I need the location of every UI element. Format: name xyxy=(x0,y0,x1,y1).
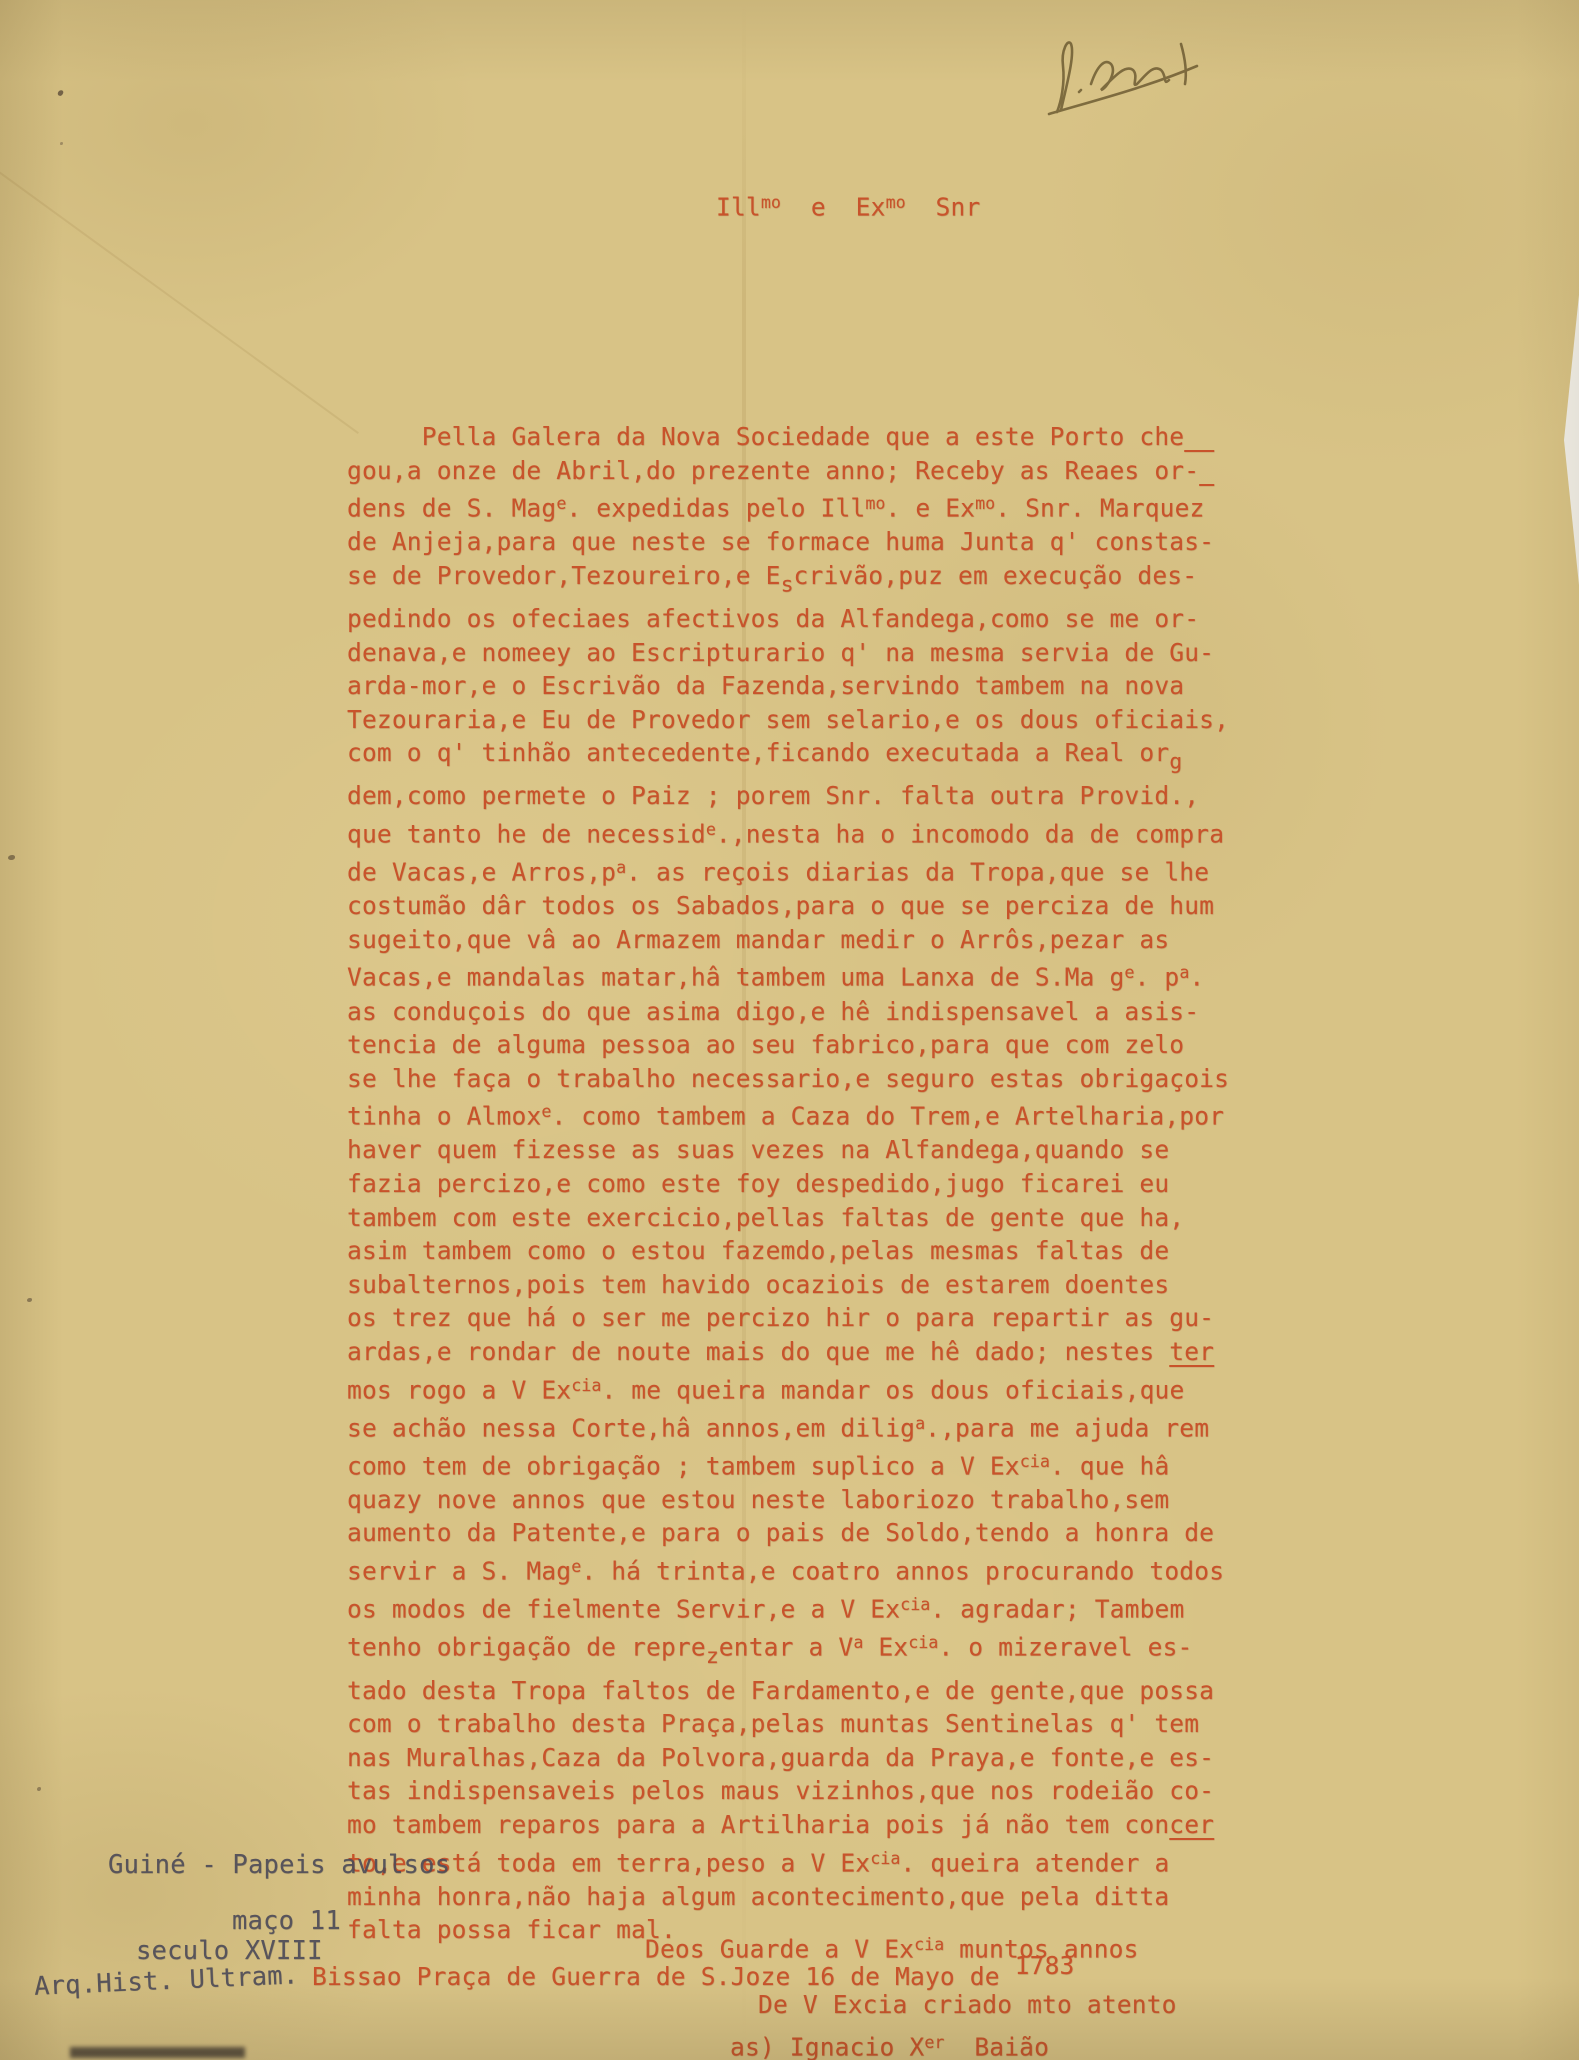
body-line: as conduçois do que asima digo,e hê indi… xyxy=(347,995,1229,1029)
body-line: pedindo os ofeciaes afectivos da Alfande… xyxy=(347,602,1229,636)
diagonal-crease xyxy=(0,150,359,434)
ink-speck xyxy=(27,1298,32,1302)
body-line: quazy nove annos que estou neste laborio… xyxy=(347,1483,1229,1517)
body-line: Tezouraria,e Eu de Provedor sem selario,… xyxy=(347,703,1229,737)
body-line: dem,como permete o Paiz ; porem Snr. fal… xyxy=(347,779,1229,813)
body-line: com o q' tinhão antecedente,ficando exec… xyxy=(347,736,1229,779)
body-line: tinha o Almoxe. como tambem a Caza do Tr… xyxy=(347,1095,1229,1133)
body-line: como tem de obrigação ; tambem suplico a… xyxy=(347,1445,1229,1483)
archive-stamp-institution: Arq.Hist. Ultram. xyxy=(33,1960,298,2002)
body-line: asim tambem como o estou fazemdo,pelas m… xyxy=(347,1234,1229,1268)
body-line: fazia percizo,e como este foy despedido,… xyxy=(347,1167,1229,1201)
scan-bottom-shadow xyxy=(70,2047,245,2058)
body-line: com o trabalho desta Praça,pelas muntas … xyxy=(347,1707,1229,1741)
body-line: costumão dâr todos os Sabados,para o que… xyxy=(347,889,1229,923)
body-line: aumento da Patente,e para o pais de Sold… xyxy=(347,1516,1229,1550)
letter-salutation: Illmo e Exmo Snr xyxy=(716,186,980,224)
closing-courtesy: De V Excia criado mto atento xyxy=(758,1988,1177,2022)
scan-edge-sliver xyxy=(1564,295,1579,585)
body-line: se de Provedor,Tezoureiro,e Escrivão,puz… xyxy=(347,559,1229,602)
ink-speck xyxy=(60,142,63,145)
body-line: subalternos,pois tem havido ocaziois de … xyxy=(347,1268,1229,1302)
body-line: mos rogo a V Excia. me queira mandar os … xyxy=(347,1369,1229,1407)
body-line: se achão nessa Corte,hâ annos,em diliga.… xyxy=(347,1407,1229,1445)
archive-stamp-collection: Guiné - Papeis avulsos xyxy=(108,1850,450,1880)
ink-speck xyxy=(8,855,15,860)
body-line: tado desta Tropa faltos de Fardamento,e … xyxy=(347,1674,1229,1708)
body-line: tenho obrigação de reprezentar a Va Exci… xyxy=(347,1626,1229,1674)
body-line: servir a S. Mage. há trinta,e coatro ann… xyxy=(347,1550,1229,1588)
body-line: gou,a onze de Abril,do prezente anno; Re… xyxy=(347,454,1229,488)
ink-speck xyxy=(57,89,64,97)
body-line: minha honra,não haja algum acontecimento… xyxy=(347,1880,1229,1914)
body-line: tambem com este exercicio,pellas faltas … xyxy=(347,1201,1229,1235)
body-line: haver quem fizesse as suas vezes na Alfa… xyxy=(347,1133,1229,1167)
body-line: os modos de fielmente Servir,e a V Excia… xyxy=(347,1588,1229,1626)
letter-scan-page: Illmo e Exmo Snr Pella Galera da Nova So… xyxy=(0,0,1579,2060)
body-line: de Vacas,e Arros,pa. as reçois diarias d… xyxy=(347,851,1229,889)
body-line: Vacas,e mandalas matar,hâ tambem uma Lan… xyxy=(347,956,1229,994)
handwritten-annotation-icon xyxy=(1005,14,1205,119)
body-line: sugeito,que vâ ao Armazem mandar medir o… xyxy=(347,923,1229,957)
body-line: tencia de alguma pessoa ao seu fabrico,p… xyxy=(347,1028,1229,1062)
body-line: tas indispensaveis pelos maus vizinhos,q… xyxy=(347,1774,1229,1808)
letter-body: Pella Galera da Nova Sociedade que a est… xyxy=(347,420,1229,1947)
body-line: arda-mor,e o Escrivão da Fazenda,servind… xyxy=(347,669,1229,703)
body-line: de Anjeja,para que neste se formace huma… xyxy=(347,525,1229,559)
body-line: se lhe faça o trabalho necessario,e segu… xyxy=(347,1062,1229,1096)
body-line: os trez que há o ser me percizo hir o pa… xyxy=(347,1301,1229,1335)
body-line: to,e está toda em terra,peso a V Excia. … xyxy=(347,1842,1229,1880)
signature-line: as) Ignacio Xer Baião xyxy=(730,2026,1049,2060)
ink-speck xyxy=(37,1787,41,1791)
body-line: dens de S. Mage. expedidas pelo Illmo. e… xyxy=(347,487,1229,525)
body-line: nas Muralhas,Caza da Polvora,guarda da P… xyxy=(347,1741,1229,1775)
body-line: que tanto he de necesside.,nesta ha o in… xyxy=(347,813,1229,851)
body-line: Pella Galera da Nova Sociedade que a est… xyxy=(347,420,1229,454)
body-line: mo tambem reparos para a Artilharia pois… xyxy=(347,1808,1229,1842)
archive-stamp-bundle: maço 11 xyxy=(232,1906,341,1936)
body-line: denava,e nomeey ao Escripturario q' na m… xyxy=(347,636,1229,670)
body-line: ardas,e rondar de noute mais do que me h… xyxy=(347,1335,1229,1369)
